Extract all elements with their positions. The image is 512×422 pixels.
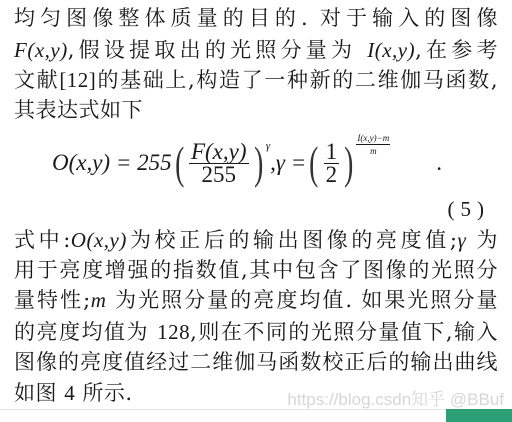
text: 为校正后的输出图像的亮度值; — [127, 228, 458, 252]
exponent-denominator: m — [370, 145, 377, 157]
text: 的基础上,构造了一种新的二维伽马函数, — [96, 68, 498, 92]
math-O-xy: O(x,y) — [71, 228, 127, 252]
text: 用于亮度增强的指数值,其中包含了图像的光照分 — [14, 258, 498, 282]
text: 式中: — [14, 228, 71, 252]
equation-lhs: O(x,y) = 255 — [52, 150, 172, 176]
fraction-denominator: 255 — [199, 164, 238, 186]
paragraph-2-line-5: 图像的亮度值经过二维伽马函数校正后的输出曲线 — [14, 347, 498, 377]
equation-period: . — [436, 150, 442, 176]
text: 其表达式如下 — [14, 98, 143, 122]
paragraph-2-line-4: 的亮度均值为 128,则在不同的光照分量值下,输入 — [14, 317, 498, 347]
right-paren: ) — [344, 140, 353, 186]
text: 如图 — [14, 381, 64, 405]
text: 量特性; — [14, 288, 91, 312]
right-paren: ) — [254, 140, 263, 186]
math-gamma: γ — [457, 228, 466, 252]
citation-ref: [12] — [59, 68, 96, 92]
fraction-F-over-255: F(x,y) 255 — [189, 141, 249, 186]
fraction-numerator: F(x,y) — [189, 141, 249, 164]
gamma-definition: ,γ = — [270, 150, 306, 176]
left-paren: ( — [309, 140, 318, 186]
text: 均匀图像整体质量的目的. 对于输入的图像 — [14, 6, 498, 30]
math-F-xy: F(x,y) — [14, 38, 68, 62]
fraction-denominator: 2 — [324, 164, 340, 186]
text: ,则在不同的光照分量值下,输入 — [190, 320, 498, 344]
bottom-divider — [0, 409, 512, 410]
paragraph-2-line-2: 用于亮度增强的指数值,其中包含了图像的光照分 — [14, 255, 498, 285]
watermark: https://blog.csdn知乎 @BBuf — [287, 385, 504, 410]
text: ,假设提取出的光照分量为 — [68, 38, 368, 62]
paragraph-2-line-3: 量特性;m 为光照分量的亮度均值. 如果光照分量 — [14, 285, 498, 315]
figure-number: 4 — [64, 381, 75, 405]
paragraph-1-line-2: F(x,y),假设提取出的光照分量为 I(x,y),在参考 — [14, 35, 498, 65]
text: 为光照分量的亮度均值. 如果光照分量 — [106, 288, 498, 312]
text: 图像的亮度值经过二维伽马函数校正后的输出曲线 — [14, 350, 498, 374]
paragraph-1-line-3: 文献[12]的基础上,构造了一种新的二维伽马函数, — [14, 65, 498, 95]
left-paren: ( — [175, 140, 184, 186]
math-m: m — [91, 288, 107, 312]
paragraph-1-line-1: 均匀图像整体质量的目的. 对于输入的图像 — [14, 3, 498, 33]
number-128: 128 — [157, 320, 190, 344]
paragraph-2-line-1: 式中:O(x,y)为校正后的输出图像的亮度值;γ 为 — [14, 225, 498, 255]
text: 文献 — [14, 68, 59, 92]
equation-number: (5) — [448, 196, 491, 222]
paragraph-1-line-4: 其表达式如下 — [14, 95, 498, 125]
fraction-numerator: 1 — [324, 141, 340, 164]
text: 为 — [466, 228, 498, 252]
exponent-numerator: I(x,y)−m — [356, 132, 390, 145]
fraction-one-half: 1 2 — [324, 141, 340, 186]
math-I-xy: I(x,y) — [367, 38, 415, 62]
equation-5: O(x,y) = 255 ( F(x,y) 255 ) γ ,γ = ( 1 2… — [52, 138, 492, 188]
text: ,在参考 — [415, 38, 498, 62]
text: 所示. — [75, 381, 132, 405]
text: 的亮度均值为 — [14, 320, 157, 344]
bottom-accent-bar — [446, 409, 512, 422]
exponent-fraction: I(x,y)−m m — [356, 132, 390, 157]
